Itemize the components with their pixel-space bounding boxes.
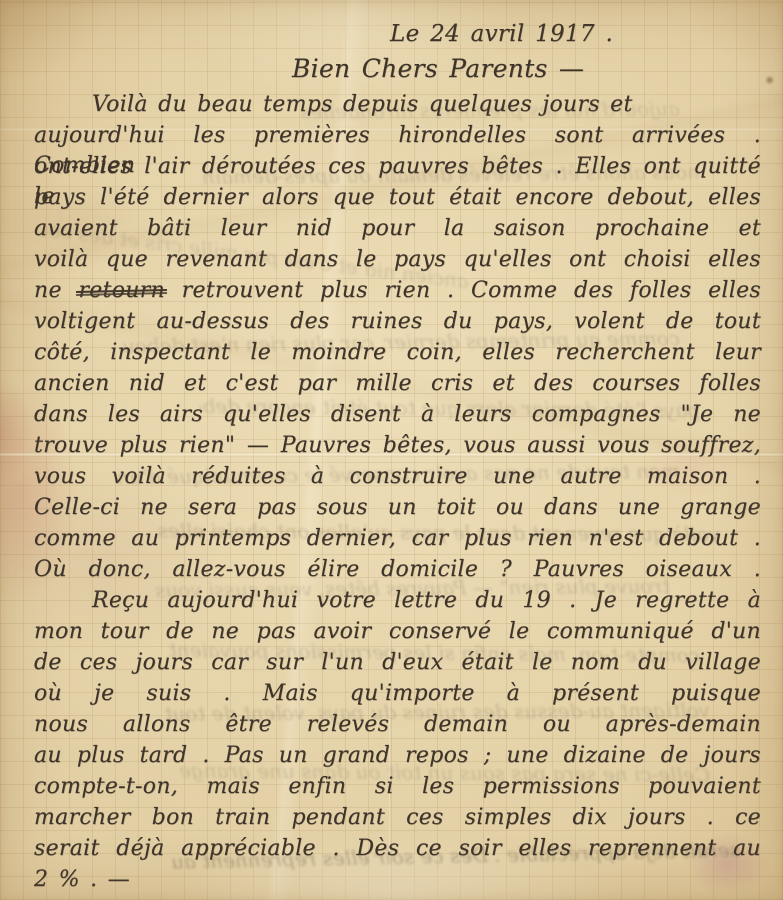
letter-text: nous allons être relevés demain ou après…: [34, 712, 761, 737]
letter-line: où je suis . Mais qu'importe à présent p…: [34, 679, 761, 710]
letter-line: mon tour de ne pas avoir conservé le com…: [34, 617, 761, 648]
letter-text: vous voilà réduites à construire une aut…: [34, 464, 761, 489]
letter-text: ancien nid et c'est par mille cris et de…: [34, 371, 761, 396]
letter-line: ont-elles l'air déroutées ces pauvres bê…: [34, 152, 761, 183]
letter-text: de ces jours car sur l'un d'eux était le…: [34, 650, 761, 675]
letter-line: au plus tard . Pas un grand repos ; une …: [34, 741, 761, 772]
struck-word: retourn: [78, 278, 165, 303]
letter-line: nous allons être relevés demain ou après…: [34, 710, 761, 741]
letter-line: pays l'été dernier alors que tout était …: [34, 183, 761, 214]
letter-text: où je suis . Mais qu'importe à présent p…: [34, 681, 761, 706]
letter-line: ancien nid et c'est par mille cris et de…: [34, 369, 761, 400]
letter-line: voltigent au-dessus des ruines du pays, …: [34, 307, 761, 338]
letter-line: Voilà du beau temps depuis quelques jour…: [34, 90, 761, 121]
letter-text: compte-t-on, mais enfin si les permissio…: [34, 774, 761, 799]
letter-page: aujourd'hui les premières hirondelles so…: [0, 0, 783, 900]
letter-text: voilà que revenant dans le pays qu'elles…: [34, 247, 761, 272]
letter-line: marcher bon train pendant ces simples di…: [34, 803, 761, 834]
letter-content: Le 24 avril 1917 . Bien Chers Parents — …: [34, 18, 761, 896]
letter-text: trouve plus rien" — Pauvres bêtes, vous …: [34, 433, 761, 458]
letter-line: côté, inspectant le moindre coin, elles …: [34, 338, 761, 369]
letter-text: Reçu aujourd'hui votre lettre du 19 . Je…: [92, 588, 761, 613]
letter-line: voilà que revenant dans le pays qu'elles…: [34, 245, 761, 276]
letter-date: Le 24 avril 1917 .: [390, 18, 761, 52]
letter-line: compte-t-on, mais enfin si les permissio…: [34, 772, 761, 803]
letter-text: 2 % . —: [34, 867, 130, 892]
letter-text: dans les airs qu'elles disent à leurs co…: [34, 402, 761, 427]
letter-line: serait déjà appréciable . Dès ce soir el…: [34, 834, 761, 865]
letter-text: retrouvent plus rien . Comme des folles …: [165, 278, 761, 303]
letter-line: ne retourn retrouvent plus rien . Comme …: [34, 276, 761, 307]
letter-text: côté, inspectant le moindre coin, elles …: [34, 340, 761, 365]
letter-line: Où donc, allez-vous élire domicile ? Pau…: [34, 555, 761, 586]
letter-text: avaient bâti leur nid pour la saison pro…: [34, 216, 761, 241]
letter-line: aujourd'hui les premières hirondelles so…: [34, 121, 761, 152]
letter-text: Où donc, allez-vous élire domicile ? Pau…: [34, 557, 761, 582]
letter-text: mon tour de ne pas avoir conservé le com…: [34, 619, 761, 644]
letter-text: Voilà du beau temps depuis quelques jour…: [92, 92, 633, 117]
letter-text: ne: [34, 278, 78, 303]
letter-line: avaient bâti leur nid pour la saison pro…: [34, 214, 761, 245]
letter-text: Celle-ci ne sera pas sous un toit ou dan…: [34, 495, 761, 520]
letter-body: Voilà du beau temps depuis quelques jour…: [34, 90, 761, 896]
letter-text: marcher bon train pendant ces simples di…: [34, 805, 761, 830]
letter-text: comme au printemps dernier, car plus rie…: [34, 526, 761, 551]
letter-line: dans les airs qu'elles disent à leurs co…: [34, 400, 761, 431]
letter-text: voltigent au-dessus des ruines du pays, …: [34, 309, 761, 334]
letter-line: Reçu aujourd'hui votre lettre du 19 . Je…: [34, 586, 761, 617]
letter-line: Celle-ci ne sera pas sous un toit ou dan…: [34, 493, 761, 524]
letter-line: trouve plus rien" — Pauvres bêtes, vous …: [34, 431, 761, 462]
letter-salutation: Bien Chers Parents —: [292, 52, 761, 90]
letter-line: vous voilà réduites à construire une aut…: [34, 462, 761, 493]
letter-line: comme au printemps dernier, car plus rie…: [34, 524, 761, 555]
letter-text: pays l'été dernier alors que tout était …: [34, 185, 761, 210]
letter-line: 2 % . —: [34, 865, 761, 896]
letter-text: serait déjà appréciable . Dès ce soir el…: [34, 836, 761, 861]
letter-text: au plus tard . Pas un grand repos ; une …: [34, 743, 761, 768]
letter-line: de ces jours car sur l'un d'eux était le…: [34, 648, 761, 679]
